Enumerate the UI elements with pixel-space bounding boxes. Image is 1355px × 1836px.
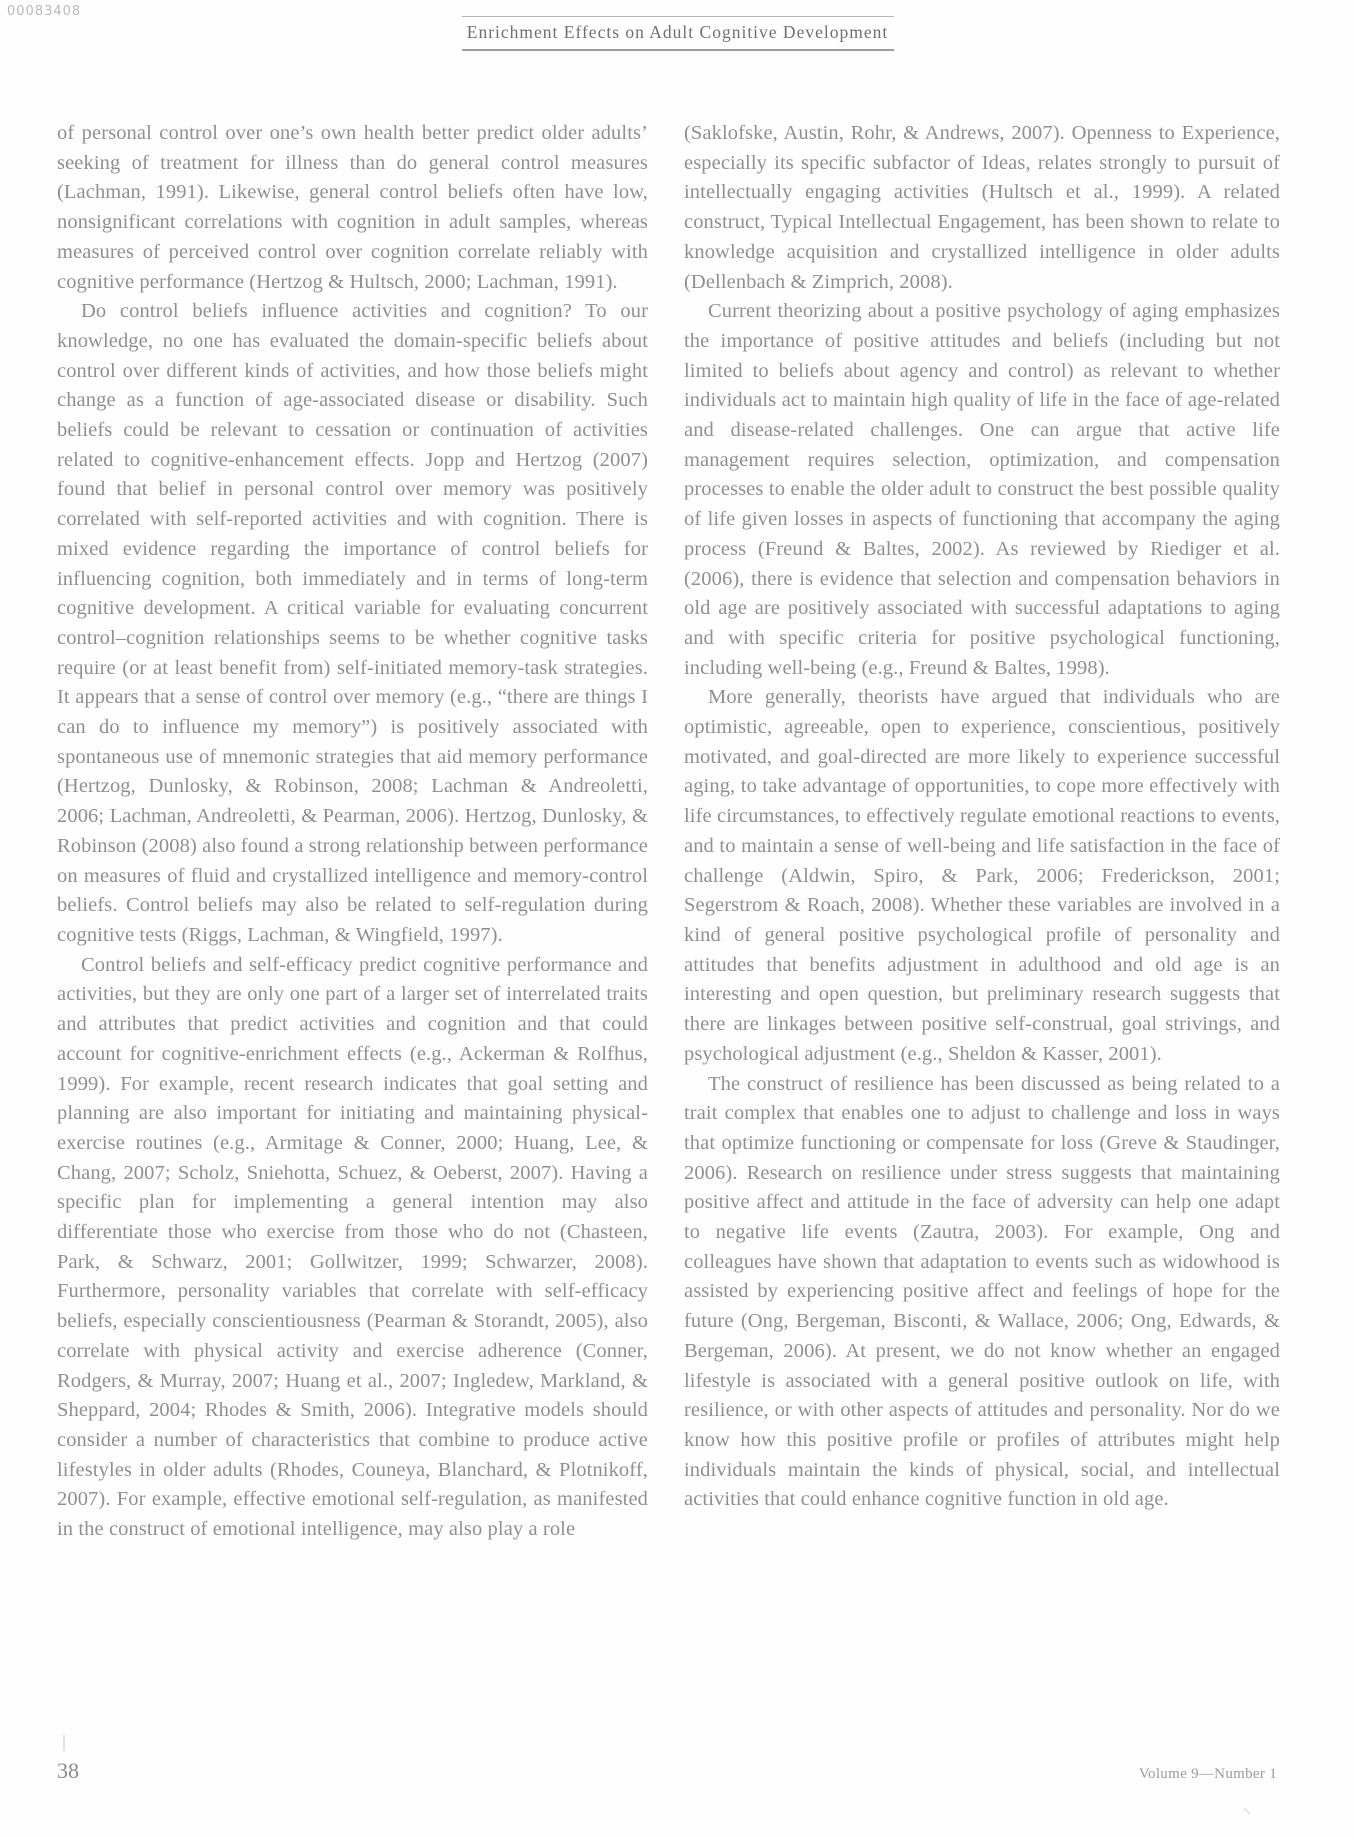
scan-stamp-number: 00083408 (7, 4, 81, 19)
scan-artifact (63, 1735, 65, 1751)
page-number: 38 (57, 1758, 79, 1784)
running-head: Enrichment Effects on Adult Cognitive De… (462, 16, 894, 51)
right-column: (Saklofske, Austin, Rohr, & Andrews, 200… (684, 119, 1280, 1545)
paragraph: Current theorizing about a positive psyc… (684, 297, 1280, 683)
paragraph: More generally, theorists have argued th… (684, 683, 1280, 1069)
paragraph: The construct of resilience has been dis… (684, 1070, 1280, 1516)
left-column: of personal control over one’s own healt… (57, 119, 648, 1545)
volume-label: Volume 9—Number 1 (1139, 1766, 1277, 1783)
paragraph: Control beliefs and self-efficacy predic… (57, 951, 648, 1545)
article-body: of personal control over one’s own healt… (57, 119, 1280, 1545)
paragraph: Do control beliefs influence activities … (57, 297, 648, 950)
paragraph: (Saklofske, Austin, Rohr, & Andrews, 200… (684, 119, 1280, 297)
paragraph: of personal control over one’s own healt… (57, 119, 648, 297)
journal-page: 00083408 Enrichment Effects on Adult Cog… (0, 0, 1355, 1836)
running-head-title: Enrichment Effects on Adult Cognitive De… (467, 22, 888, 42)
scan-artifact (1243, 1807, 1250, 1814)
